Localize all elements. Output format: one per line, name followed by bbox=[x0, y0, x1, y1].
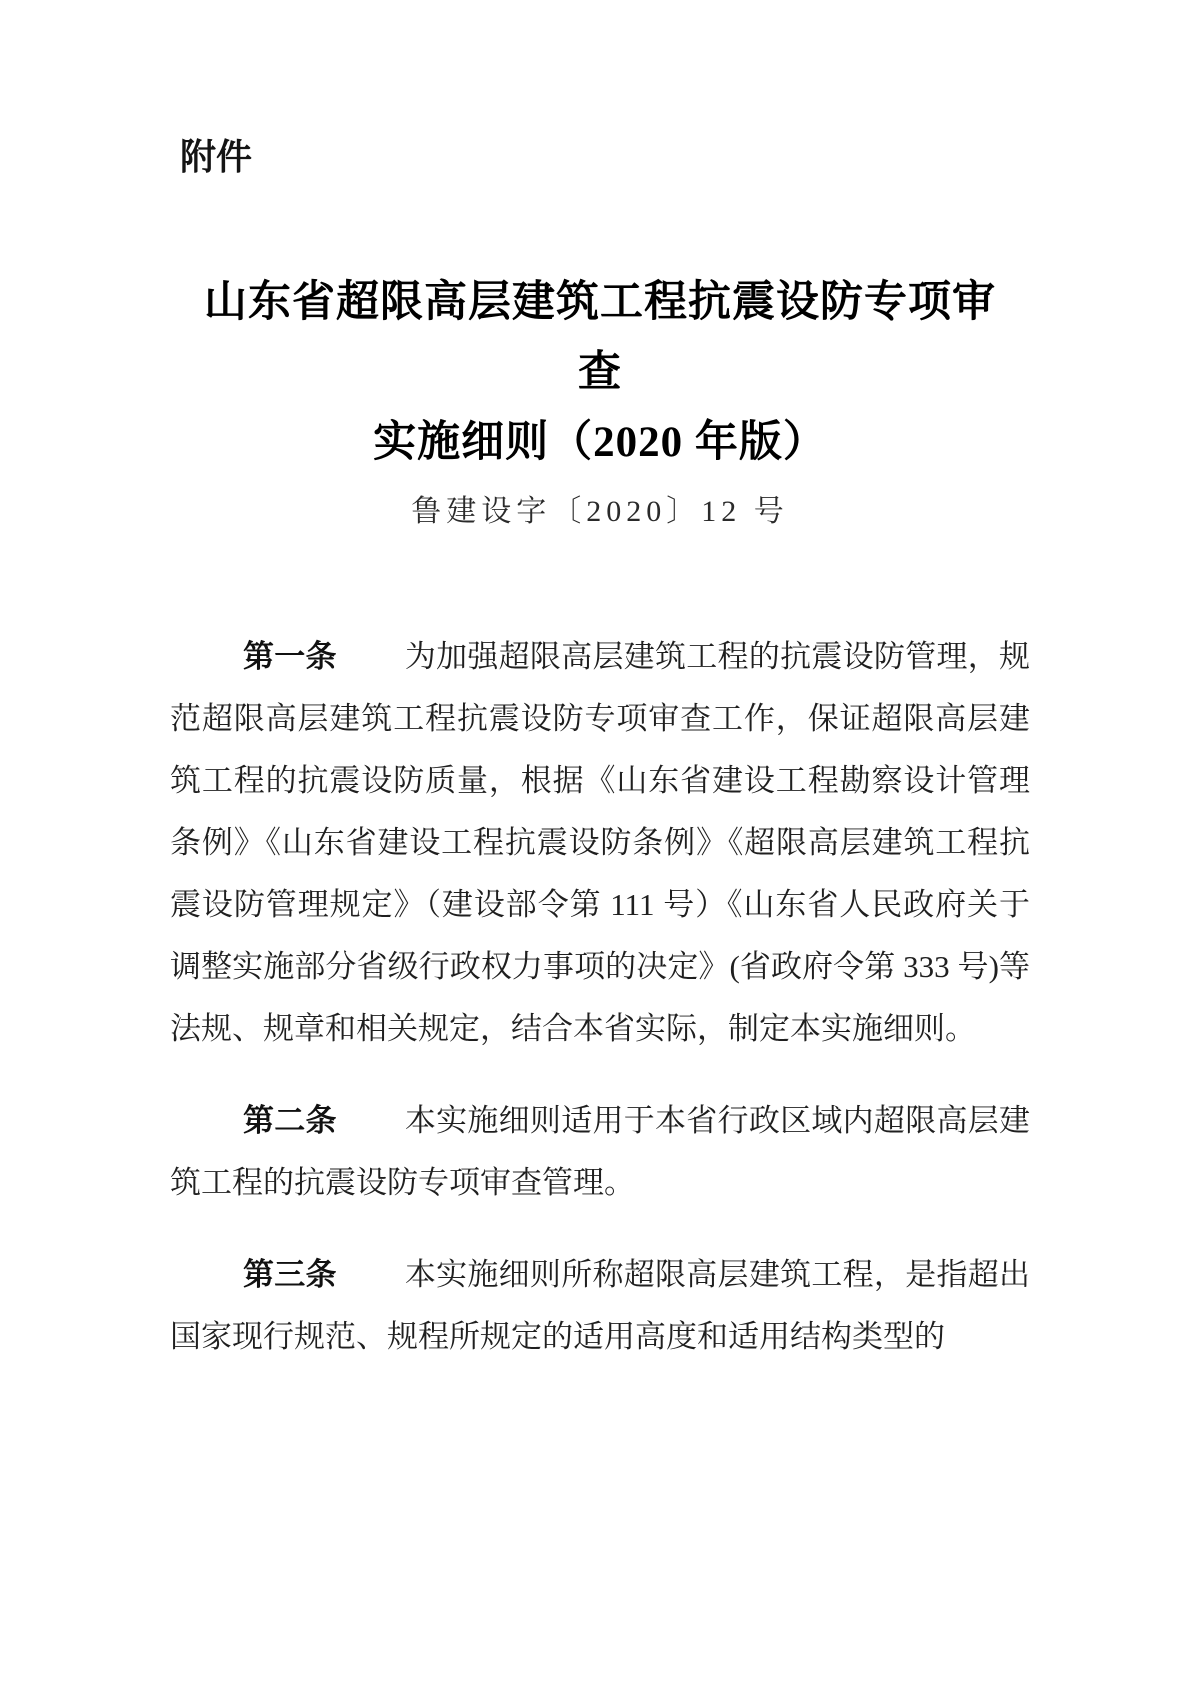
attachment-label: 附件 bbox=[180, 134, 1030, 180]
title-line-3: 实施细则（2020 年版） bbox=[170, 408, 1030, 478]
article-2-label: 第二条 bbox=[243, 1103, 337, 1138]
title-line-2: 查 bbox=[170, 338, 1030, 408]
article-paragraph-3: 第三条本实施细则所称超限高层建筑工程，是指超出国家现行规范、规程所规定的适用高度… bbox=[170, 1244, 1030, 1368]
article-3-label: 第三条 bbox=[243, 1257, 337, 1292]
article-1-text: 为加强超限高层建筑工程的抗震设防管理，规范超限高层建筑工程抗震设防专项审查工作，… bbox=[170, 639, 1030, 1046]
document-number: 鲁建设字〔2020〕12 号 bbox=[170, 492, 1030, 532]
title-line-1: 山东省超限高层建筑工程抗震设防专项审 bbox=[170, 268, 1030, 338]
article-1-label: 第一条 bbox=[243, 639, 337, 674]
article-paragraph-2: 第二条本实施细则适用于本省行政区域内超限高层建筑工程的抗震设防专项审查管理。 bbox=[170, 1090, 1030, 1214]
document-title: 山东省超限高层建筑工程抗震设防专项审 查 实施细则（2020 年版） bbox=[170, 268, 1030, 478]
article-body: 第一条为加强超限高层建筑工程的抗震设防管理，规范超限高层建筑工程抗震设防专项审查… bbox=[170, 626, 1030, 1368]
document-page: 附件 山东省超限高层建筑工程抗震设防专项审 查 实施细则（2020 年版） 鲁建… bbox=[0, 0, 1200, 1697]
article-paragraph-1: 第一条为加强超限高层建筑工程的抗震设防管理，规范超限高层建筑工程抗震设防专项审查… bbox=[170, 626, 1030, 1060]
